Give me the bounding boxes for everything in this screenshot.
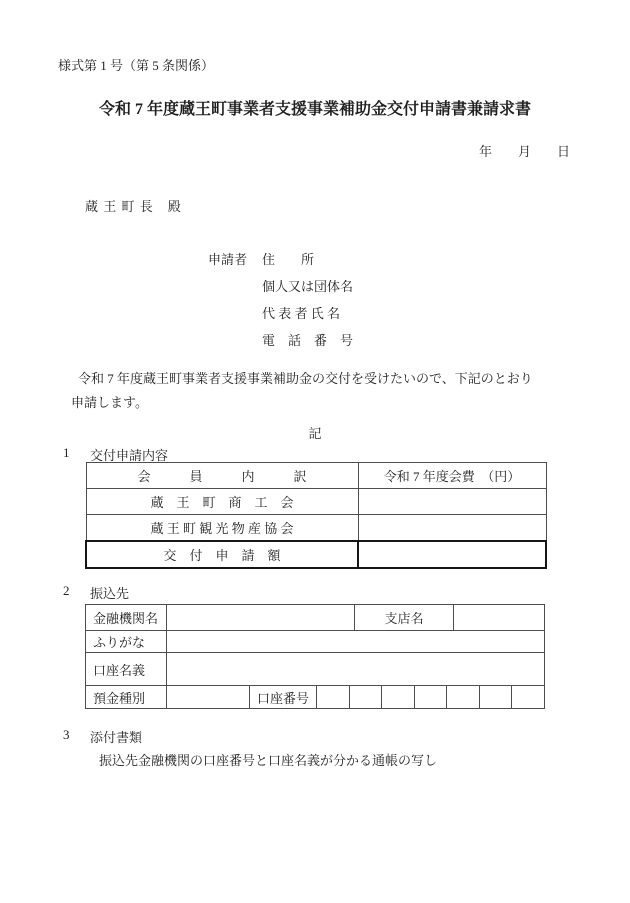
member-breakdown-header: 会 員 内 訳: [86, 463, 358, 489]
applicant-field-phone-number: 電 話 番 号: [262, 327, 353, 354]
deposit-type-cell: [166, 685, 249, 708]
branch-name-cell: [453, 605, 544, 630]
document-title: 令和 7 年度蔵王町事業者支援事業補助金交付申請書兼請求書: [0, 96, 630, 119]
furigana-label: ふりがな: [86, 630, 166, 652]
grant-application-amount-label: 交 付 申 請 額: [86, 541, 358, 568]
section-2-title: 振込先: [90, 583, 129, 602]
applicant-field-individual-or-group-name: 個人又は団体名: [262, 273, 353, 300]
application-table-header-row: 会 員 内 訳 令和 7 年度会費 （円）: [86, 463, 546, 489]
applicant-fields: 住 所 個人又は団体名 代 表 者 氏 名 電 話 番 号: [262, 246, 353, 354]
attachment-item: 振込先金融機関の口座番号と口座名義が分かる通帳の写し: [99, 750, 437, 769]
furigana-cell: [166, 630, 544, 652]
body-paragraph: 令和 7 年度蔵王町事業者支援事業補助金の交付を受けたいので、下記のとおり 申請…: [71, 367, 571, 415]
account-number-digit-cell: [511, 685, 544, 708]
body-line-2: 申請します。: [71, 391, 571, 415]
deposit-type-label: 預金種別: [86, 685, 166, 708]
record-marker: 記: [0, 423, 630, 442]
section-2-heading: 2 振込先: [63, 583, 129, 602]
table-row: 預金種別 口座番号: [86, 685, 544, 708]
account-number-digit-cell: [479, 685, 512, 708]
body-line-1: 令和 7 年度蔵王町事業者支援事業補助金の交付を受けたいので、下記のとおり: [71, 367, 571, 391]
bank-name-label: 金融機関名: [86, 605, 166, 630]
account-number-digit-cell: [349, 685, 382, 708]
addressee: 蔵 王 町 長 殿: [85, 196, 182, 215]
table-row: 金融機関名 支店名: [86, 605, 544, 630]
table-row: 口座名義: [86, 652, 544, 685]
transfer-table: 金融機関名 支店名 ふりがな 口座名義 預金種別 口座番号: [85, 604, 545, 709]
tourism-association-fee-cell: [358, 515, 546, 542]
section-3-heading: 3 添付書類: [63, 727, 142, 746]
table-row: 交 付 申 請 額: [86, 541, 546, 568]
account-number-digit-cell: [381, 685, 414, 708]
account-number-digit-cell: [316, 685, 349, 708]
account-number-digit-cell: [446, 685, 479, 708]
tourism-association-label: 蔵 王 町 観 光 物 産 協 会: [86, 515, 358, 542]
date-line: 年 月 日: [479, 141, 570, 160]
table-row: 蔵 王 町 商 工 会: [86, 489, 546, 515]
branch-name-label: 支店名: [354, 605, 453, 630]
applicant-label: 申請者: [208, 246, 262, 354]
account-number-label: 口座番号: [249, 685, 316, 708]
section-3-number: 3: [63, 727, 90, 746]
section-2-number: 2: [63, 583, 90, 602]
account-number-digit-cell: [414, 685, 447, 708]
form-number: 様式第 1 号（第 5 条関係）: [58, 55, 214, 74]
applicant-field-address: 住 所: [262, 246, 353, 273]
commerce-association-fee-cell: [358, 489, 546, 515]
account-name-cell: [166, 652, 544, 685]
applicant-block: 申請者 住 所 個人又は団体名 代 表 者 氏 名 電 話 番 号: [208, 246, 353, 354]
table-row: ふりがな: [86, 630, 544, 652]
account-name-label: 口座名義: [86, 652, 166, 685]
document-page: 様式第 1 号（第 5 条関係） 令和 7 年度蔵王町事業者支援事業補助金交付申…: [0, 0, 630, 903]
application-table: 会 員 内 訳 令和 7 年度会費 （円） 蔵 王 町 商 工 会 蔵 王 町 …: [85, 462, 547, 569]
section-3-title: 添付書類: [90, 727, 142, 746]
applicant-field-representative-name: 代 表 者 氏 名: [262, 300, 353, 327]
commerce-association-label: 蔵 王 町 商 工 会: [86, 489, 358, 515]
table-row: 蔵 王 町 観 光 物 産 協 会: [86, 515, 546, 542]
fiscal-year-fee-header: 令和 7 年度会費 （円）: [358, 463, 546, 489]
grant-application-amount-cell: [358, 541, 546, 568]
bank-name-cell: [166, 605, 354, 630]
